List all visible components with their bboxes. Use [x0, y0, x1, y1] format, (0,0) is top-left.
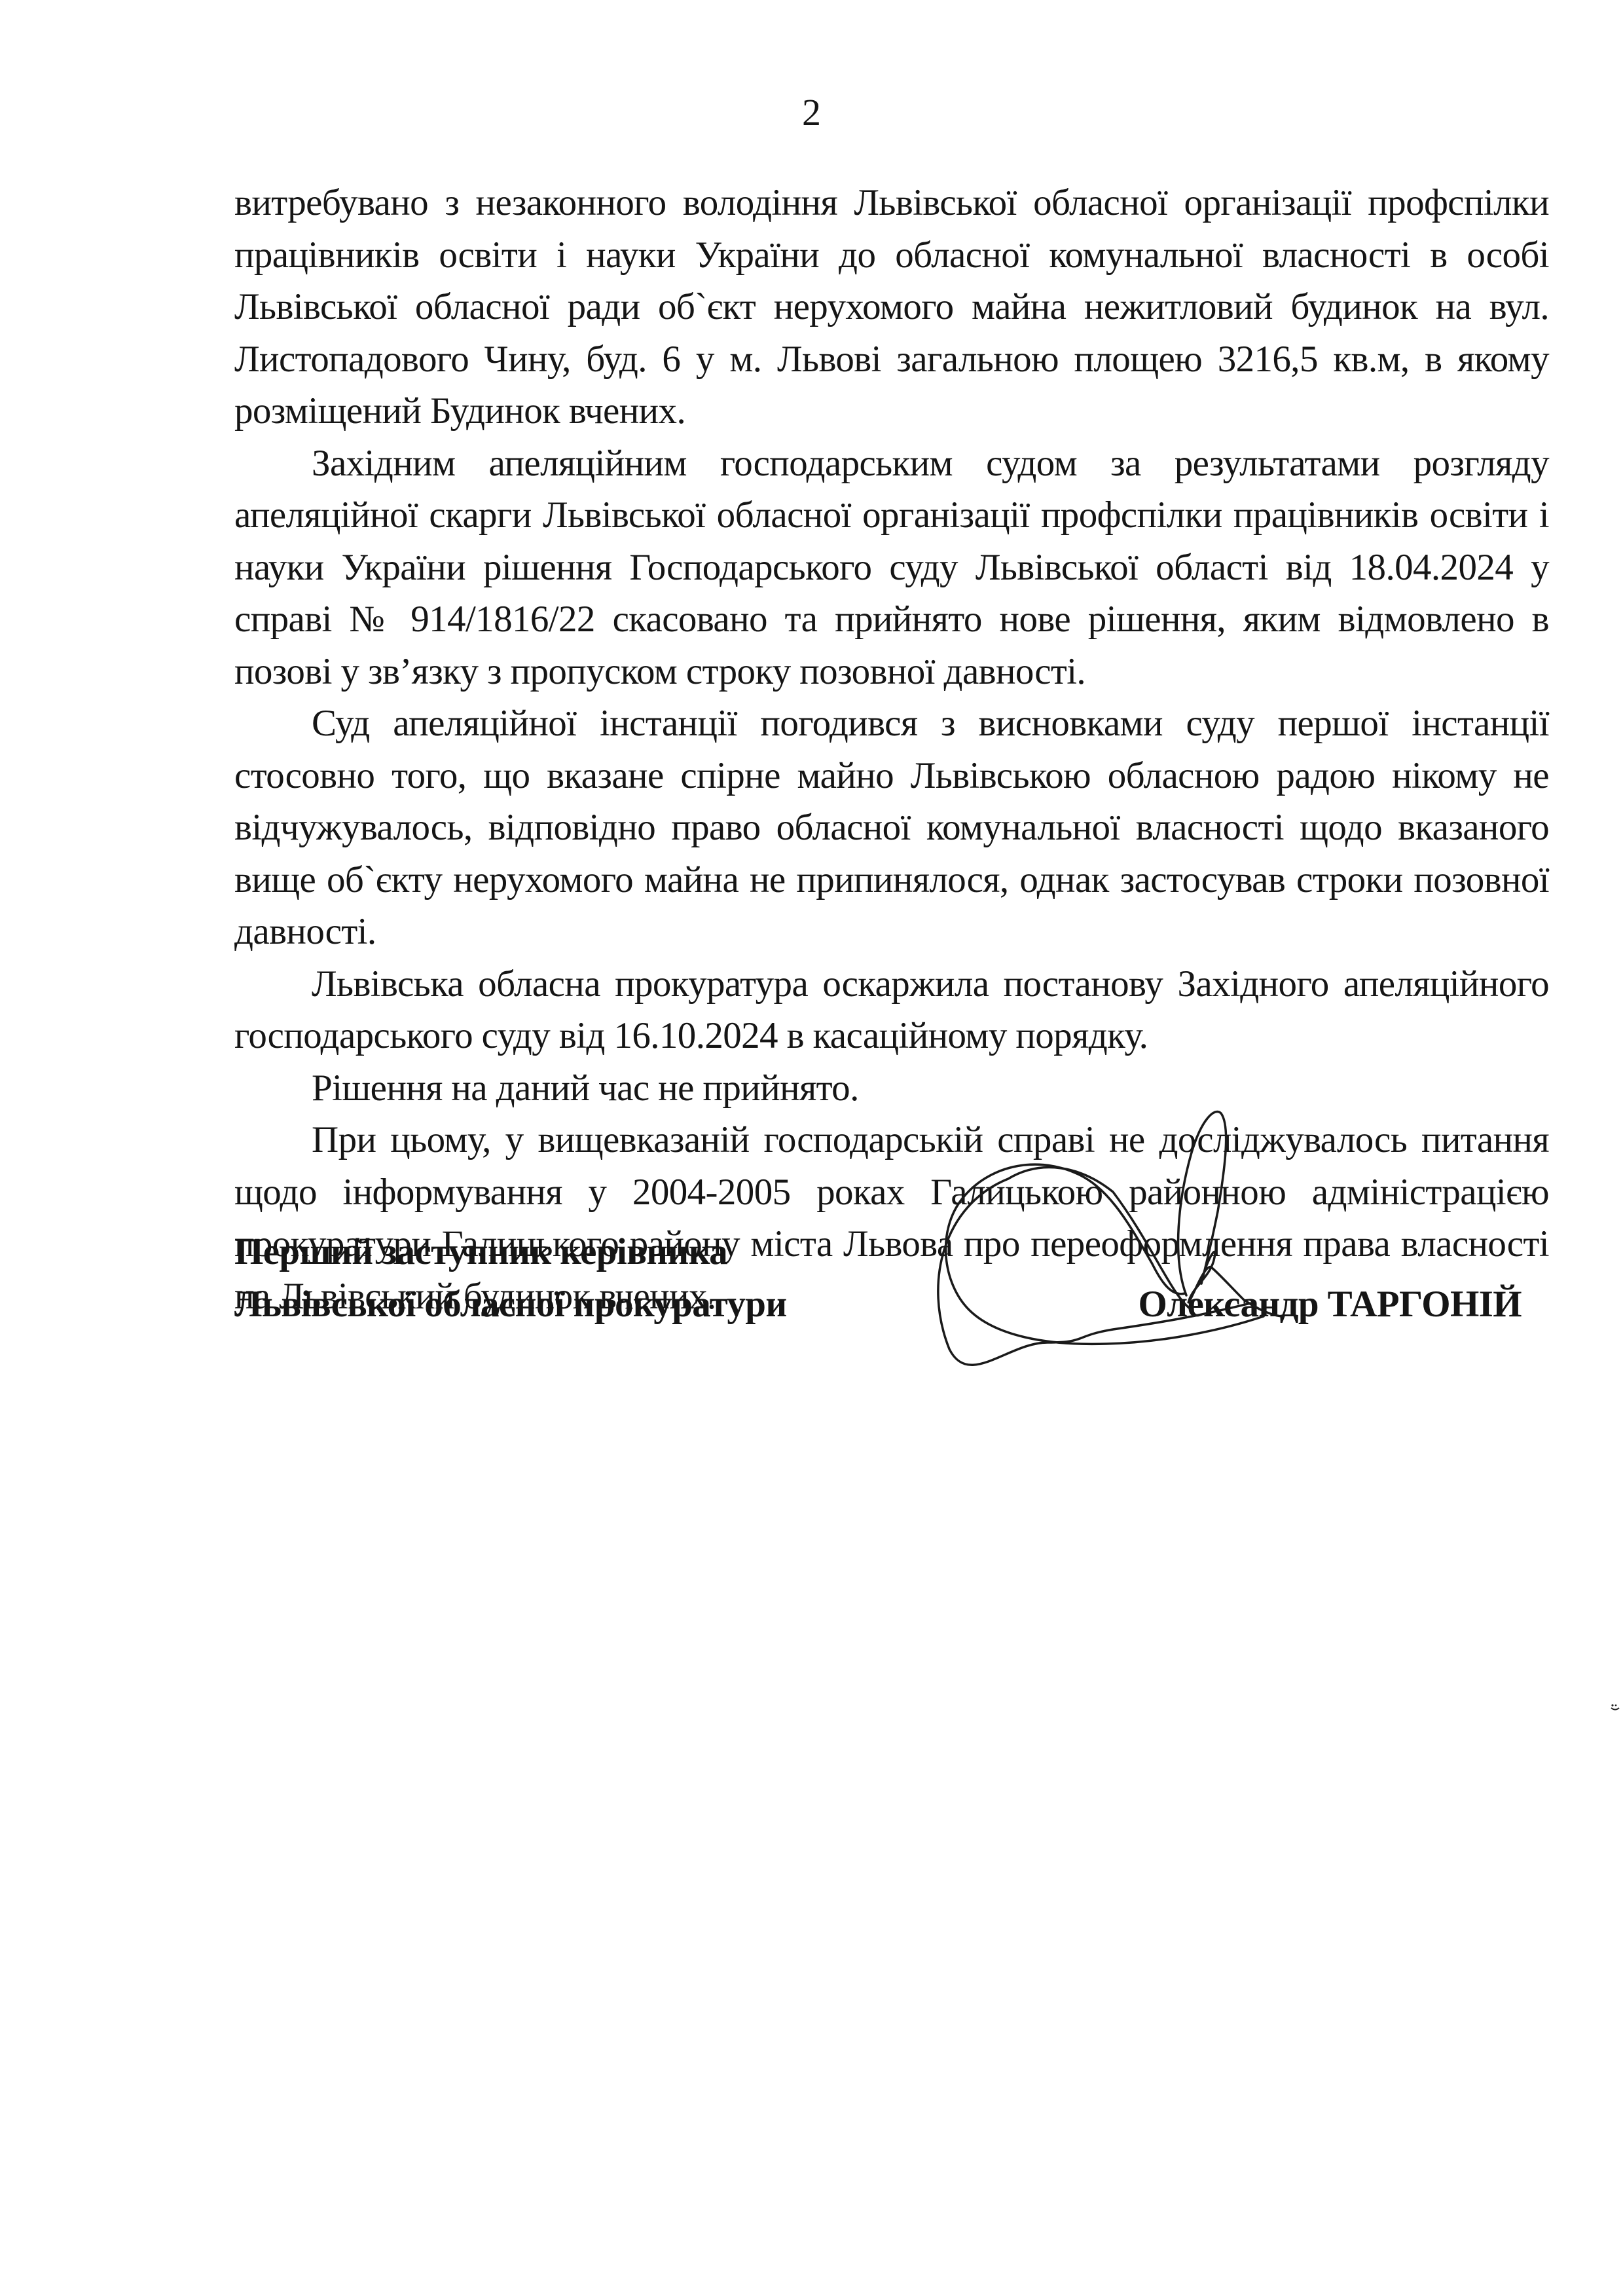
document-body: витребувано з незаконного володіння Льві… [234, 177, 1549, 1322]
paragraph-2: Західним апеляційним господарським судом… [234, 437, 1549, 698]
scan-artifact-icon [1611, 1704, 1620, 1711]
paragraph-5: Рішення на даний час не прийнято. [234, 1062, 1549, 1115]
paragraph-1: витребувано з незаконного володіння Льві… [234, 177, 1549, 437]
signatory-title-line-1: Перший заступник керівника [234, 1226, 1549, 1278]
signature-block: Перший заступник керівника Львівської об… [234, 1226, 1549, 1331]
page-number: 2 [0, 86, 1623, 139]
signatory-name: Олександр ТАРГОНІЙ [1138, 1278, 1522, 1331]
paragraph-4: Львівська обласна прокуратура оскаржила … [234, 958, 1549, 1062]
paragraph-3: Суд апеляційної інстанції погодився з ви… [234, 697, 1549, 958]
